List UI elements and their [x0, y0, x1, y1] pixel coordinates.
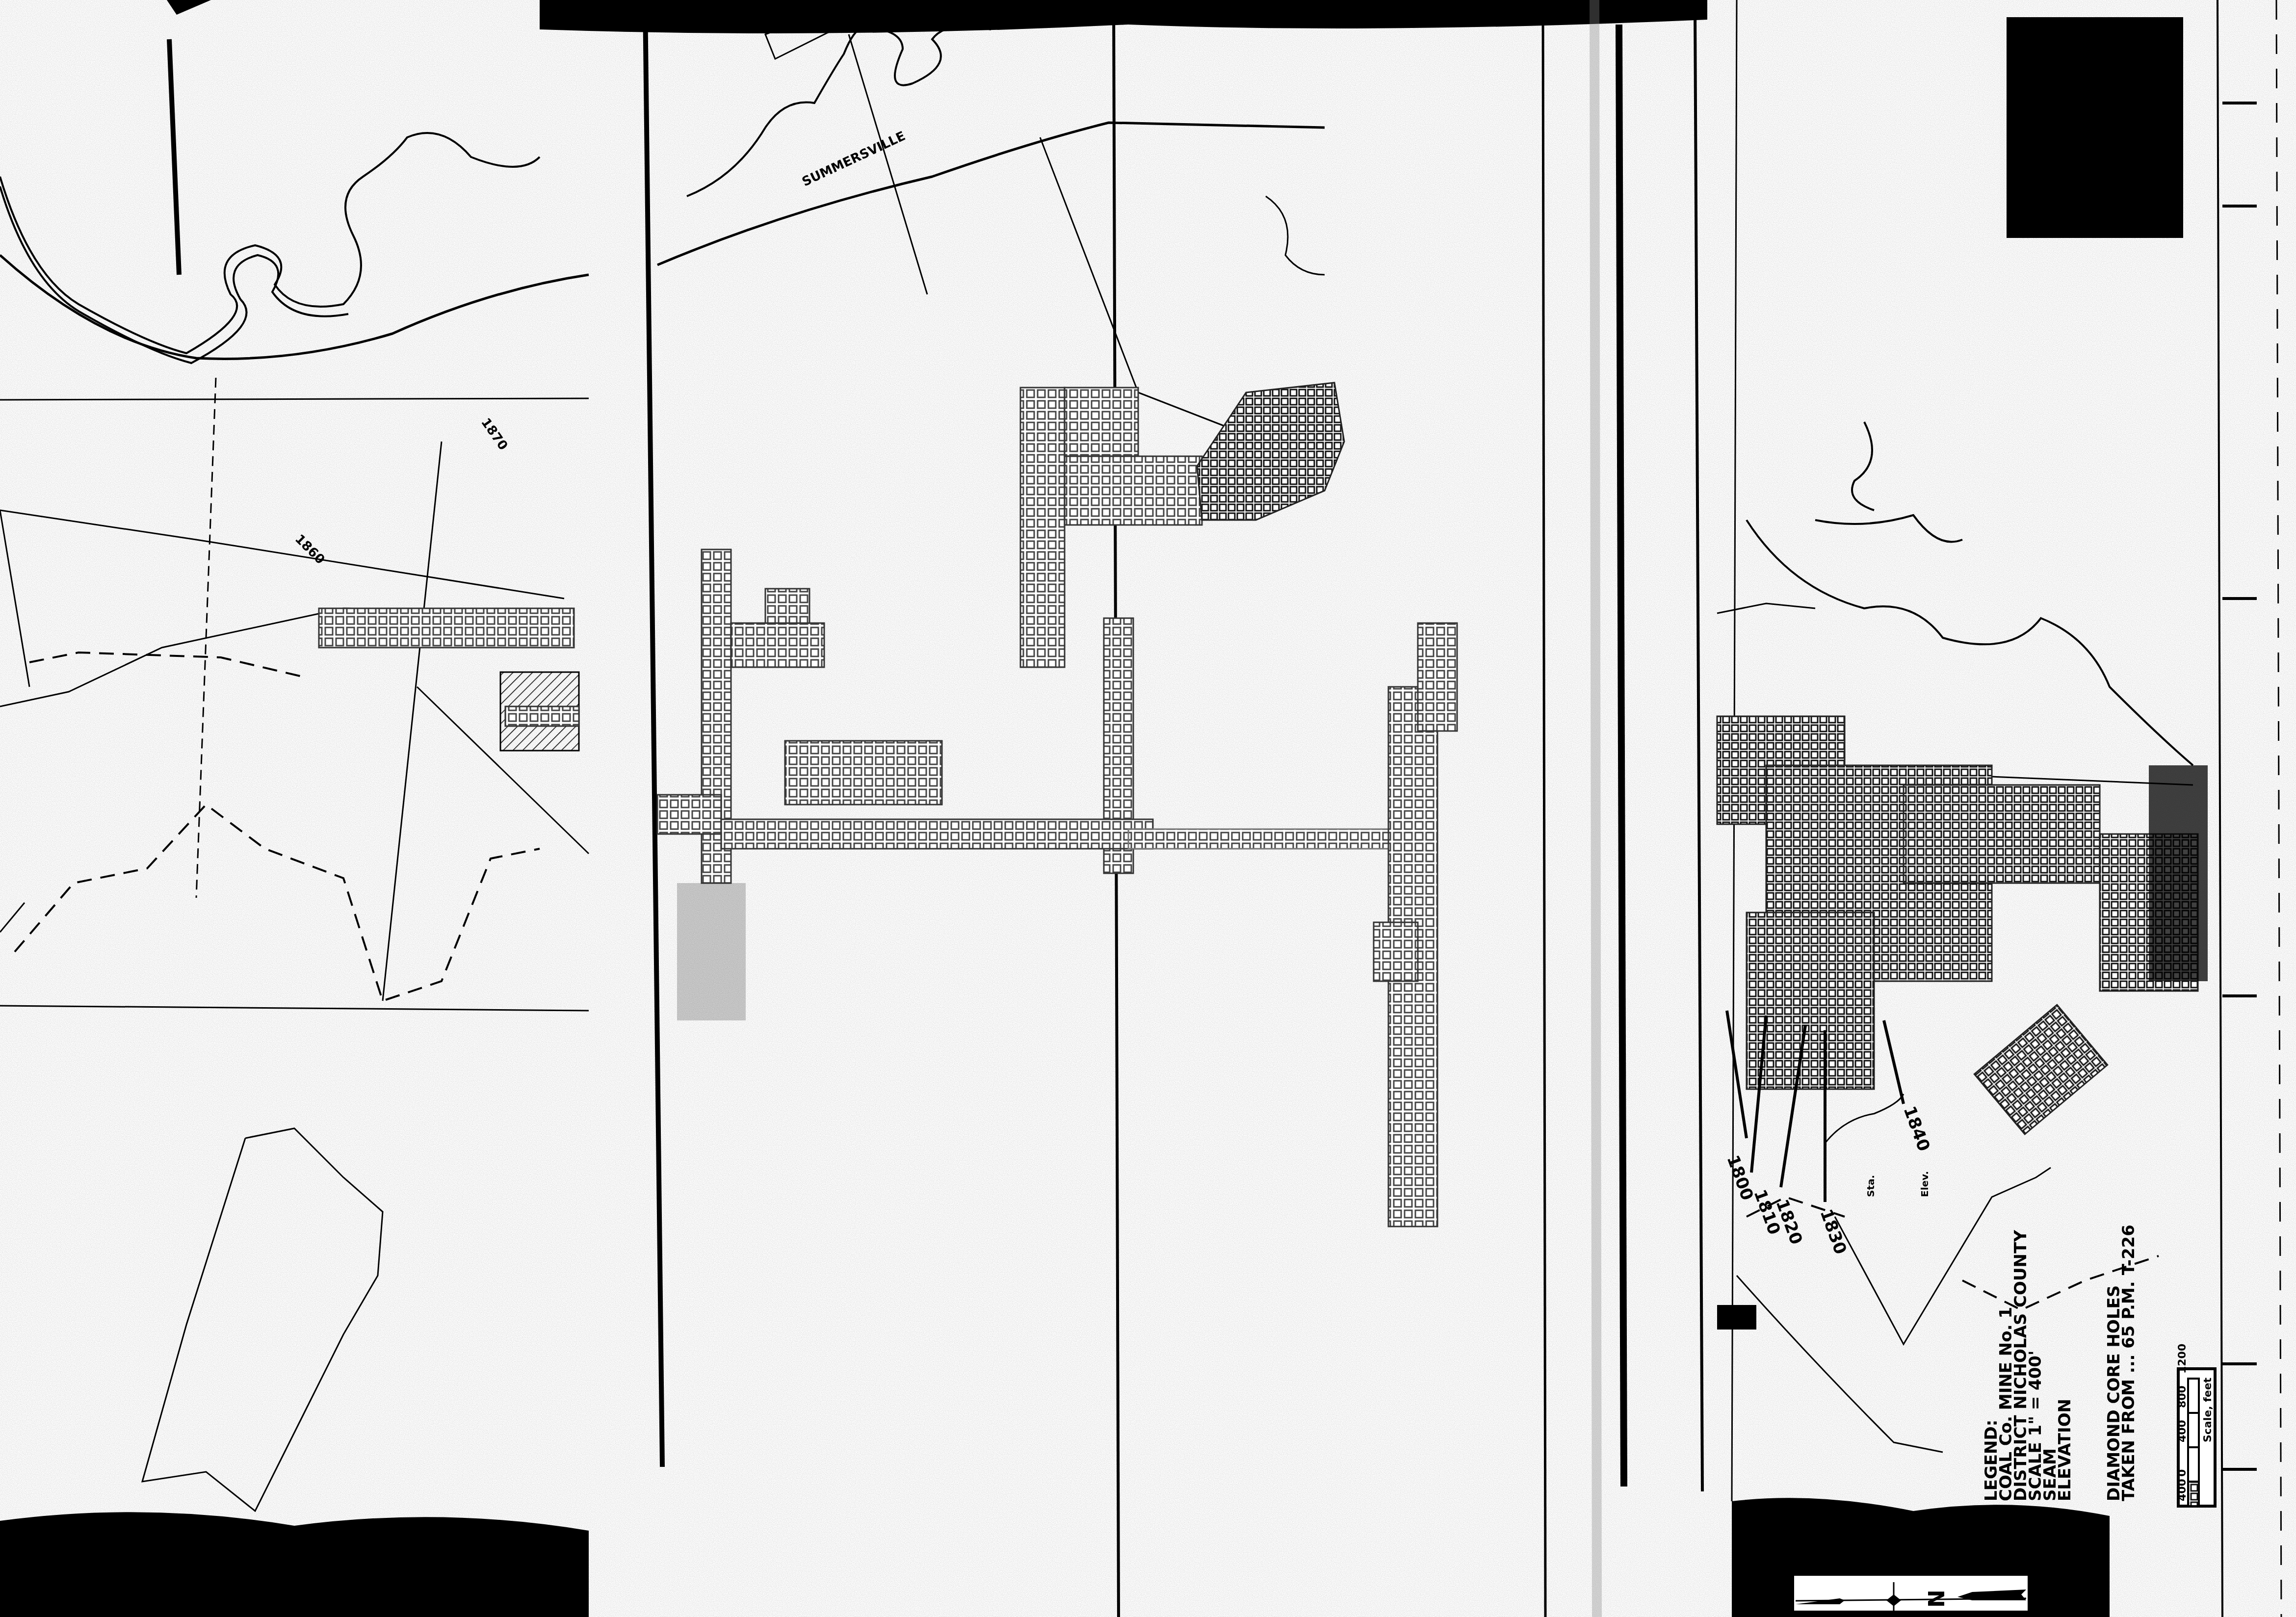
svg-text:1200: 1200 [2176, 1344, 2189, 1374]
svg-text:Scale, feet: Scale, feet [2202, 1377, 2214, 1442]
scale-bar: 400 0 400 800 1200 Scale, feet [2176, 1344, 2215, 1506]
svg-text:TAKEN FROM ... 65 P.M. T-226: TAKEN FROM ... 65 P.M. T-226 [2119, 1225, 2139, 1501]
svg-text:Elev.: Elev. [1919, 1171, 1931, 1197]
svg-text:400: 400 [2176, 1479, 2189, 1501]
blacked-out-block [2007, 17, 2183, 238]
north-arrow: N [1793, 1575, 2029, 1614]
svg-text:400: 400 [2176, 1420, 2189, 1442]
svg-text:ELEVATION: ELEVATION [2055, 1399, 2075, 1501]
mine-workings-column [1020, 388, 1065, 667]
mine-workings-left [319, 608, 574, 648]
svg-text:800: 800 [2176, 1385, 2189, 1408]
svg-text:0: 0 [2176, 1469, 2189, 1477]
svg-text:Sta.: Sta. [1865, 1175, 1877, 1197]
mine-map: SUMMERSVILLE 1800 1810 1820 1830 1840 18… [0, 0, 2296, 1617]
north-letter: N [1925, 1590, 1950, 1608]
small-black-marker [1717, 1305, 1756, 1330]
